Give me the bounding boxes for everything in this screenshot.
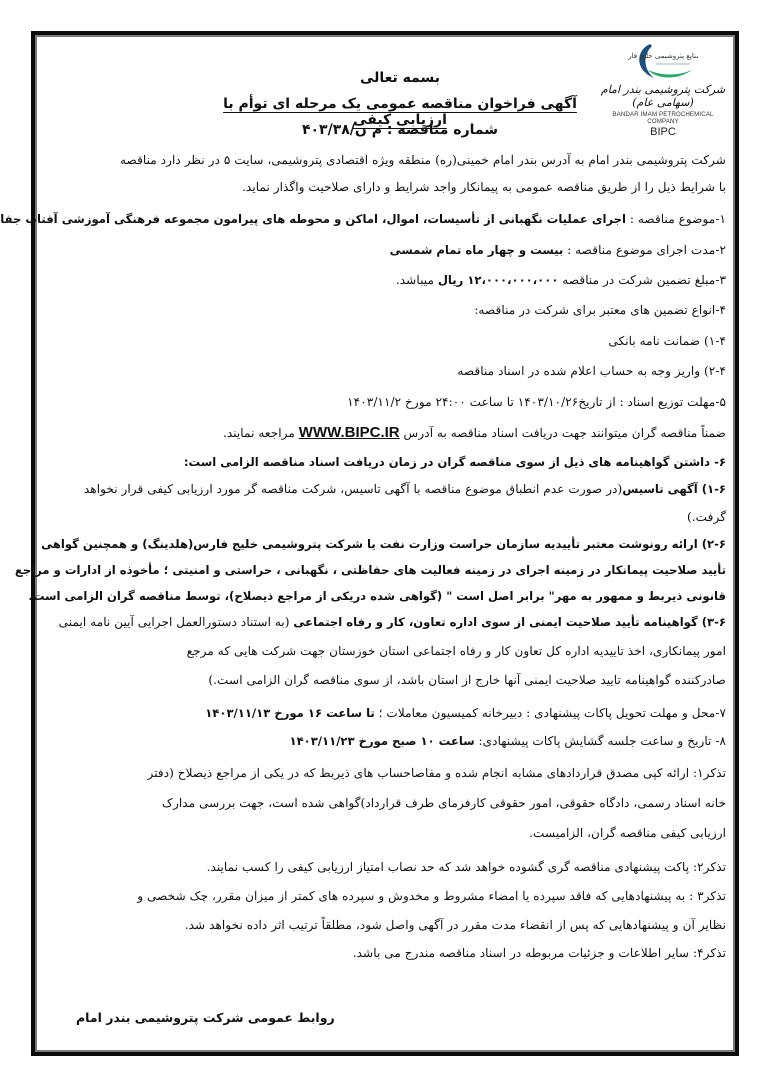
item-6-1: ۱-۶) آگهی تاسیس(در صورت عدم انطباق موضوع… — [66, 476, 726, 503]
item-1: ۱-موضوع مناقصه : اجرای عملیات نگهبانی از… — [66, 206, 726, 233]
item-4-1: ۱-۴) ضمانت نامه بانکی — [66, 328, 726, 355]
item-6: ۶- داشتن گواهینامه های ذیل از سوی مناقصه… — [66, 449, 726, 476]
item-2-label: ۲-مدت اجرای موضوع مناقصه : — [563, 243, 726, 257]
item-3: ۳-مبلغ تضمین شرکت در مناقصه ۱۲،۰۰۰،۰۰۰،۰… — [66, 267, 726, 294]
item-7-deadline: تا ساعت ۱۶ مورخ ۱۴۰۳/۱۱/۱۳ — [205, 706, 375, 720]
item-6-3-line-2: امور پیمانکاری، اخذ تاییدیه اداره کل تعا… — [66, 638, 726, 665]
note-4: تذکر۴: سایر اطلاعات و جزئیات مربوطه در ا… — [66, 940, 726, 967]
note-1-line-1: تذکر۱: ارائه کپی مصدق قراردادهای مشابه ا… — [66, 760, 726, 787]
item-4-2: ۲-۴) واریز وجه به حساب اعلام شده در اسنا… — [66, 358, 726, 385]
invocation: بسمه تعالی — [220, 70, 580, 86]
note-3-line-2: نظایر آن و پیشنهادهایی که پس از انقضاء م… — [66, 912, 726, 939]
item-3-value: ۱۲،۰۰۰،۰۰۰،۰۰۰ ریال — [438, 273, 559, 287]
item-6-1-cont: گرفت.) — [66, 504, 726, 531]
swoosh-logo-icon: شرکت صنایع پتروشیمی خلیج فارس — [628, 40, 698, 82]
item-6-2-line-1: ۲-۶) ارائه رونوشت معتبر تأییدیه سازمان ح… — [66, 531, 726, 558]
item-7: ۷-محل و مهلت تحویل پاکات پیشنهادی : دبیر… — [66, 700, 726, 727]
item-5-note: ضمناً مناقصه گران میتوانند جهت دریافت اس… — [66, 419, 726, 447]
item-1-value: اجرای عملیات نگهبانی از تأسیسات، اموال، … — [0, 212, 626, 226]
tender-number: شماره مناقصه : م ن/۴۰۳/۳۸ — [220, 122, 580, 138]
note-1-line-3: ارزیابی کیفی مناقصه گران، الزامیست. — [66, 820, 726, 847]
signature: روابط عمومی شرکت پتروشیمی بندر امام — [76, 1010, 335, 1025]
item-8-opening: ساعت ۱۰ صبح مورخ ۱۴۰۳/۱۱/۲۳ — [290, 734, 475, 748]
item-3-suffix: میباشد. — [396, 273, 438, 287]
note-2: تذکر۲: پاکت پیشنهادی مناقصه گری گشوده خو… — [66, 854, 726, 881]
intro-line-1: شرکت پتروشیمی بندر امام به آدرس بندر اما… — [66, 147, 726, 174]
item-2-value: بیست و چهار ماه تمام شمسی — [390, 243, 564, 257]
item-5: ۵-مهلت توزیع اسناد : از تاریخ۱۴۰۳/۱۰/۲۶ … — [66, 389, 726, 416]
item-1-label: ۱-موضوع مناقصه : — [626, 212, 726, 226]
intro-line-2: با شرایط ذیل را از طریق مناقصه عمومی به … — [66, 174, 726, 201]
item-2: ۲-مدت اجرای موضوع مناقصه : بیست و چهار م… — [66, 237, 726, 264]
note-1-line-2: خانه اسناد رسمی، دادگاه حقوقی، امور حقوق… — [66, 790, 726, 817]
item-4: ۴-انواع تضمین های معتبر برای شرکت در منا… — [66, 297, 726, 324]
company-abbr: BIPC — [598, 126, 728, 138]
website-link[interactable]: WWW.BIPC.IR — [299, 424, 400, 441]
item-6-3-label: ۳-۶) گواهینامه تأیید صلاحیت ایمنی از سوی… — [293, 615, 726, 629]
item-6-2-line-3: قانونی ذیربط و ممهور به مهر" برابر اصل ا… — [66, 583, 726, 610]
company-name-en: BANDAR IMAM PETROCHEMICAL COMPANY — [598, 111, 728, 125]
note-3-line-1: تذکر۳ : به پیشنهادهایی که فاقد سپرده یا … — [66, 883, 726, 910]
item-6-1-label: ۱-۶) آگهی تاسیس — [622, 482, 726, 496]
item-6-3-line-3: صادرکننده گواهینامه تایید صلاحیت ایمنی آ… — [66, 667, 726, 694]
item-8: ۸- تاریخ و ساعت جلسه گشایش پاکات پیشنهاد… — [66, 728, 726, 755]
item-3-label: ۳-مبلغ تضمین شرکت در مناقصه — [558, 273, 726, 287]
item-6-3-line-1: ۳-۶) گواهینامه تأیید صلاحیت ایمنی از سوی… — [66, 609, 726, 636]
company-logo: شرکت صنایع پتروشیمی خلیج فارس شرکت پتروش… — [598, 40, 728, 130]
item-6-2-line-2: تأیید صلاحیت پیمانکار در زمینه اجرای در … — [66, 557, 726, 584]
svg-text:شرکت صنایع پتروشیمی خلیج فارس: شرکت صنایع پتروشیمی خلیج فارس — [628, 52, 698, 60]
company-name-fa: شرکت پتروشیمی بندر امام (سهامی عام) — [598, 83, 728, 109]
